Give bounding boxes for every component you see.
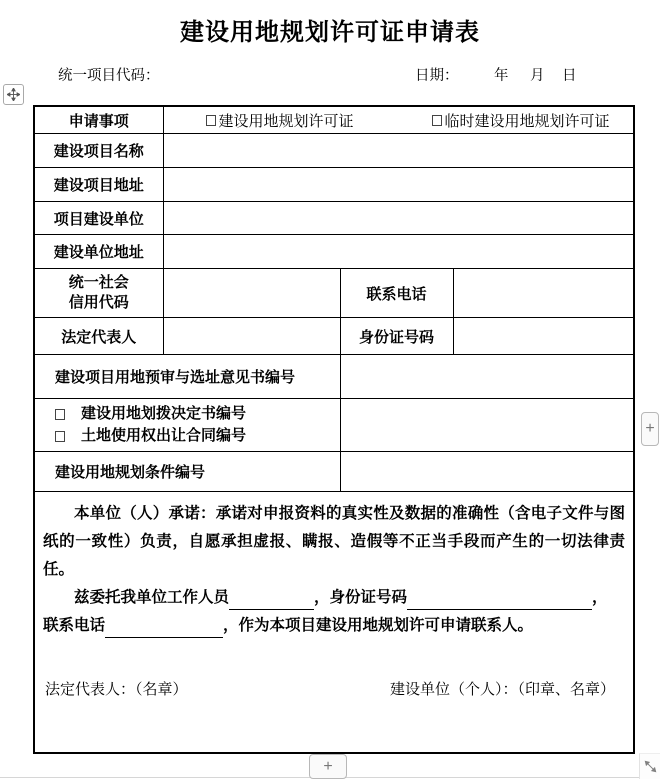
page-title: 建设用地规划许可证申请表	[0, 12, 660, 47]
document-page: 建设用地规划许可证申请表 统一项目代码： 日期： 年 月 日 申请事项	[0, 0, 660, 782]
checkbox-icon[interactable]	[55, 431, 65, 442]
table-move-handle[interactable]	[3, 84, 24, 105]
option-construction-land-permit[interactable]: 建设用地规划许可证	[206, 110, 354, 131]
preliminary-review-label: 建设项目用地预审与选址意见书编号	[34, 355, 340, 399]
id-number-field[interactable]	[453, 318, 634, 355]
date-label: 日期：	[415, 64, 459, 85]
legal-rep-signature-label: 法定代表人：（名章）	[45, 678, 188, 699]
planning-conditions-field[interactable]	[340, 452, 634, 492]
table-row: 建设单位地址	[34, 235, 634, 269]
signature-row: 法定代表人：（名章） 建设单位（个人）：（印章、名章）	[43, 678, 625, 699]
table-resize-handle[interactable]	[639, 753, 660, 779]
add-row-bottom-button[interactable]: +	[309, 754, 347, 779]
table-row: 申请事项 建设用地规划许可证 临时建设用地规划许可证	[34, 106, 634, 134]
table-row: 建设项目用地预审与选址意见书编号	[34, 355, 634, 399]
commitment-paragraph: 本单位（人）承诺：承诺对申报资料的真实性及数据的准确性（含电子文件与图纸的一致性…	[43, 500, 625, 584]
option-allocation-decision[interactable]: 建设用地划拨决定书编号	[55, 403, 340, 425]
construction-unit-field[interactable]	[163, 202, 634, 235]
project-name-field[interactable]	[163, 134, 634, 168]
delegate-paragraph: 兹委托我单位工作人员，身份证号码，联系电话，作为本项目建设用地规划许可申请联系人…	[43, 584, 625, 640]
table-row: 本单位（人）承诺：承诺对申报资料的真实性及数据的准确性（含电子文件与图纸的一致性…	[34, 492, 634, 754]
table-row: 项目建设单位	[34, 202, 634, 235]
planning-conditions-label: 建设用地规划条件编号	[34, 452, 340, 492]
allocation-number-field[interactable]	[340, 399, 634, 452]
option-label: 建设用地划拨决定书编号	[81, 403, 246, 425]
checkbox-icon[interactable]	[206, 115, 216, 126]
commitment-cell: 本单位（人）承诺：承诺对申报资料的真实性及数据的准确性（含电子文件与图纸的一致性…	[34, 492, 634, 754]
option-land-use-contract[interactable]: 土地使用权出让合同编号	[55, 425, 340, 447]
option-label: 临时建设用地规划许可证	[445, 110, 610, 131]
date-day-label: 日	[562, 64, 577, 85]
allocation-options-cell: 建设用地划拨决定书编号 土地使用权出让合同编号	[34, 399, 340, 452]
credit-code-field[interactable]	[163, 269, 340, 318]
date-year-label: 年	[494, 64, 509, 85]
application-form-table: 申请事项 建设用地规划许可证 临时建设用地规划许可证 建设项目名称	[33, 105, 635, 754]
id-number-label: 身份证号码	[340, 318, 453, 355]
option-temporary-land-permit[interactable]: 临时建设用地规划许可证	[432, 110, 610, 131]
project-code-label: 统一项目代码：	[58, 64, 160, 85]
table-row: 建设项目名称	[34, 134, 634, 168]
unit-signature-label: 建设单位（个人）：（印章、名章）	[390, 678, 615, 699]
resize-icon	[644, 760, 657, 773]
application-item-options-cell: 建设用地规划许可证 临时建设用地规划许可证	[163, 106, 634, 134]
insert-row-button[interactable]: +	[641, 412, 659, 446]
table-row: 法定代表人 身份证号码	[34, 318, 634, 355]
application-item-label: 申请事项	[34, 106, 163, 134]
delegate-phone-blank[interactable]	[105, 623, 223, 638]
unit-address-label: 建设单位地址	[34, 235, 163, 269]
legal-rep-label: 法定代表人	[34, 318, 163, 355]
date-month-label: 月	[530, 64, 545, 85]
project-name-label: 建设项目名称	[34, 134, 163, 168]
preliminary-review-field[interactable]	[340, 355, 634, 399]
legal-rep-field[interactable]	[163, 318, 340, 355]
credit-code-label: 统一社会 信用代码	[34, 269, 163, 318]
table-row: 建设项目地址	[34, 168, 634, 202]
delegate-name-blank[interactable]	[229, 595, 314, 610]
option-label: 建设用地规划许可证	[219, 110, 354, 131]
checkbox-icon[interactable]	[432, 115, 442, 126]
contact-phone-label: 联系电话	[340, 269, 453, 318]
table-row: 建设用地规划条件编号	[34, 452, 634, 492]
checkbox-icon[interactable]	[55, 409, 65, 420]
construction-unit-label: 项目建设单位	[34, 202, 163, 235]
option-label: 土地使用权出让合同编号	[81, 425, 246, 447]
unit-address-field[interactable]	[163, 235, 634, 269]
move-icon	[7, 88, 20, 101]
contact-phone-field[interactable]	[453, 269, 634, 318]
table-row: 统一社会 信用代码 联系电话	[34, 269, 634, 318]
project-address-field[interactable]	[163, 168, 634, 202]
delegate-id-blank[interactable]	[407, 595, 592, 610]
project-address-label: 建设项目地址	[34, 168, 163, 202]
table-row: 建设用地划拨决定书编号 土地使用权出让合同编号	[34, 399, 634, 452]
